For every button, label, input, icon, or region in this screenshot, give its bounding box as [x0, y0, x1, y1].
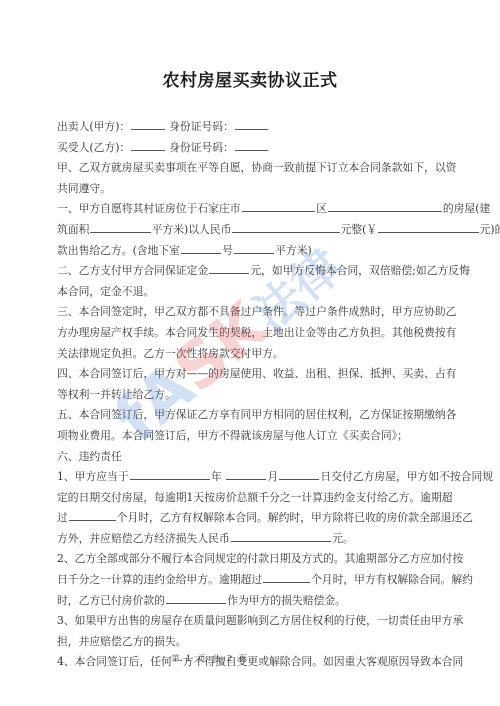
fill-in-blank — [131, 118, 164, 130]
line-text: 方外，并应赔偿乙方经济损失人民币 — [57, 532, 230, 545]
document-line: 款出售给乙方。(含地下室号平方米) — [57, 241, 443, 262]
document-line: 六、违约责任 — [57, 447, 443, 468]
fill-in-blank — [90, 221, 150, 233]
line-text: 的房屋(建 — [443, 202, 490, 215]
line-text: 号 — [222, 244, 233, 257]
line-text: 本合同，定金不退。 — [57, 285, 154, 298]
document-line: 筑面积平方米)以人民币元整(￥元)的价 — [57, 220, 443, 241]
fill-in-blank — [131, 139, 164, 151]
fill-in-blank — [263, 571, 310, 583]
line-text: 款出售给乙方。(含地下室 — [57, 244, 180, 257]
line-text: 三、本合同签定时，甲乙双方都不具备过户条件。等过户条件成熟时，甲方应协助乙 — [57, 305, 456, 318]
document-line: 2、乙方全部或部分不履行本合同规定的付款日期及方式的。其逾期部分乙方应加付按 — [57, 549, 443, 570]
line-text: 二、乙方支付甲方合同保证定金 — [57, 264, 208, 277]
line-text: 过 — [57, 511, 68, 524]
document-line: 担，并应赔偿乙方的损失。 — [57, 632, 443, 653]
document-line: 1、甲方应当于年 月日交付乙方房屋，甲方如不按合同规 — [57, 467, 443, 488]
line-text: 日千分之一计算的违约金给甲方。逾期超过 — [57, 573, 262, 586]
fill-in-blank — [234, 242, 274, 254]
document-line: 项物业费用。本合同签订后，甲方不得就该房屋与他人订立《买卖合同》； — [57, 426, 443, 447]
fill-in-blank — [279, 468, 319, 480]
line-text: 六、违约责任 — [57, 450, 122, 463]
document-title: 农村房屋买卖协议正式 — [0, 66, 500, 91]
line-text: 身份证号码： — [166, 120, 234, 133]
document-line: 方办理房屋产权手续。本合同发生的契税，土地出让金等由乙方负担。其他税费按有 — [57, 323, 443, 344]
line-text: 担，并应赔偿乙方的损失。 — [57, 635, 187, 648]
fill-in-blank — [181, 242, 221, 254]
document-line: 出卖人(甲方)： 身份证号码： — [57, 117, 443, 138]
line-text: 年 — [211, 470, 225, 483]
fill-in-blank — [231, 530, 331, 542]
line-text: 2、乙方全部或部分不履行本合同规定的付款日期及方式的。其逾期部分乙方应加付按 — [57, 552, 463, 565]
document-line: 四、本合同签订后，甲方对——的房屋使用、收益、出租、担保、抵押、买卖、占有 — [57, 364, 443, 385]
document-line: 时，乙方已付房价款的作为甲方的损失赔偿金。 — [57, 591, 443, 612]
document-line: 一、甲方自愿将其村证房位于石家庄市区的房屋(建 — [57, 199, 443, 220]
line-text: 元，如甲方反悔本合同，双倍赔偿;如乙方反悔 — [250, 264, 470, 277]
fill-in-blank — [378, 221, 478, 233]
line-text: 日交付乙方房屋，甲方如不按合同规 — [320, 470, 493, 483]
document-line: 买受人(乙方)： 身份证号码： — [57, 138, 443, 159]
fill-in-blank — [209, 262, 249, 274]
line-text: 一、甲方自愿将其村证房位于石家庄市 — [57, 202, 241, 215]
document-page: 农村房屋买卖协议正式 出卖人(甲方)： 身份证号码：买受人(乙方)： 身份证号码… — [0, 0, 500, 706]
document-line: 方外，并应赔偿乙方经济损失人民币元。 — [57, 529, 443, 550]
fill-in-blank — [232, 221, 339, 233]
line-text: 个月时，甲方有权解除合同。解约 — [311, 573, 473, 586]
document-line: 三、本合同签定时，甲乙双方都不具备过户条件。等过户条件成熟时，甲方应协助乙 — [57, 302, 443, 323]
document-line: 共同遵守。 — [57, 179, 443, 200]
line-text: 个月时，乙方有权解除本合同。解约时，甲方除将已收的房价款全部退还乙 — [117, 511, 473, 524]
line-text: 月 — [267, 470, 278, 483]
fill-in-blank — [69, 509, 116, 521]
document-line: 等权利一并转让给乙方。 — [57, 385, 443, 406]
fill-in-blank — [235, 118, 268, 130]
line-text: 定的日期交付房屋，每逾期1天按房价总额千分之一计算违约金支付给乙方。逾期超 — [57, 491, 453, 504]
fill-in-blank — [242, 200, 316, 212]
line-text: 方办理房屋产权手续。本合同发生的契税，土地出让金等由乙方负担。其他税费按有 — [57, 326, 456, 339]
line-text: 元。 — [332, 532, 354, 545]
document-line: 日千分之一计算的违约金给甲方。逾期超过个月时，甲方有权解除合同。解约 — [57, 570, 443, 591]
line-text: 平方米) — [275, 244, 312, 257]
document-line: 3、如果甲方出售的房屋存在质量问题影响到乙方居住权利的行使，一切责任由甲方承 — [57, 611, 443, 632]
page-number-footer: 第 1 页 共 2 页 — [0, 653, 420, 664]
line-text: 共同遵守。 — [57, 182, 111, 195]
document-line: 五、本合同签订后，甲方保证乙方享有同甲方相同的居住权利，乙方保证按期缴纳各 — [57, 405, 443, 426]
fill-in-blank — [235, 139, 268, 151]
document-line: 关法律规定负担。乙方一次性将房款交付甲方。 — [57, 344, 443, 365]
line-text: 3、如果甲方出售的房屋存在质量问题影响到乙方居住权利的行使，一切责任由甲方承 — [57, 614, 463, 627]
line-text: 元)的价 — [480, 223, 500, 236]
line-text: 时，乙方已付房价款的 — [57, 594, 165, 607]
line-text: 五、本合同签订后，甲方保证乙方享有同甲方相同的居住权利，乙方保证按期缴纳各 — [57, 408, 456, 421]
document-line: 二、乙方支付甲方合同保证定金元，如甲方反悔本合同，双倍赔偿;如乙方反悔 — [57, 261, 443, 282]
document-body: 出卖人(甲方)： 身份证号码：买受人(乙方)： 身份证号码：甲、乙双方就房屋买卖… — [57, 117, 443, 673]
line-text: 区 — [316, 202, 327, 215]
line-text: 甲、乙双方就房屋买卖事项在平等自愿，协商一致前提下订立本合同条款如下，以资 — [57, 161, 456, 174]
line-text: 关法律规定负担。乙方一次性将房款交付甲方。 — [57, 347, 284, 360]
document-line: 定的日期交付房屋，每逾期1天按房价总额千分之一计算违约金支付给乙方。逾期超 — [57, 488, 443, 509]
line-text: 筑面积 — [57, 223, 89, 236]
line-text: 等权利一并转让给乙方。 — [57, 388, 176, 401]
line-text: 1、甲方应当于 — [57, 470, 129, 483]
line-text: 项物业费用。本合同签订后，甲方不得就该房屋与他人订立《买卖合同》； — [57, 429, 408, 442]
line-text: 平方米)以人民币 — [152, 223, 232, 236]
document-line: 过个月时，乙方有权解除本合同。解约时，甲方除将已收的房价款全部退还乙 — [57, 508, 443, 529]
line-text: 买受人(乙方)： — [57, 141, 130, 154]
fill-in-blank — [130, 468, 210, 480]
fill-in-blank — [226, 468, 266, 480]
line-text: 身份证号码： — [166, 141, 234, 154]
document-line: 本合同，定金不退。 — [57, 282, 443, 303]
fill-in-blank — [328, 200, 442, 212]
fill-in-blank — [166, 592, 226, 604]
document-line: 甲、乙双方就房屋买卖事项在平等自愿，协商一致前提下订立本合同条款如下，以资 — [57, 158, 443, 179]
line-text: 元整(￥ — [341, 223, 378, 236]
line-text: 出卖人(甲方)： — [57, 120, 130, 133]
line-text: 作为甲方的损失赔偿金。 — [227, 594, 346, 607]
line-text: 四、本合同签订后，甲方对——的房屋使用、收益、出租、担保、抵押、买卖、占有 — [57, 367, 456, 380]
